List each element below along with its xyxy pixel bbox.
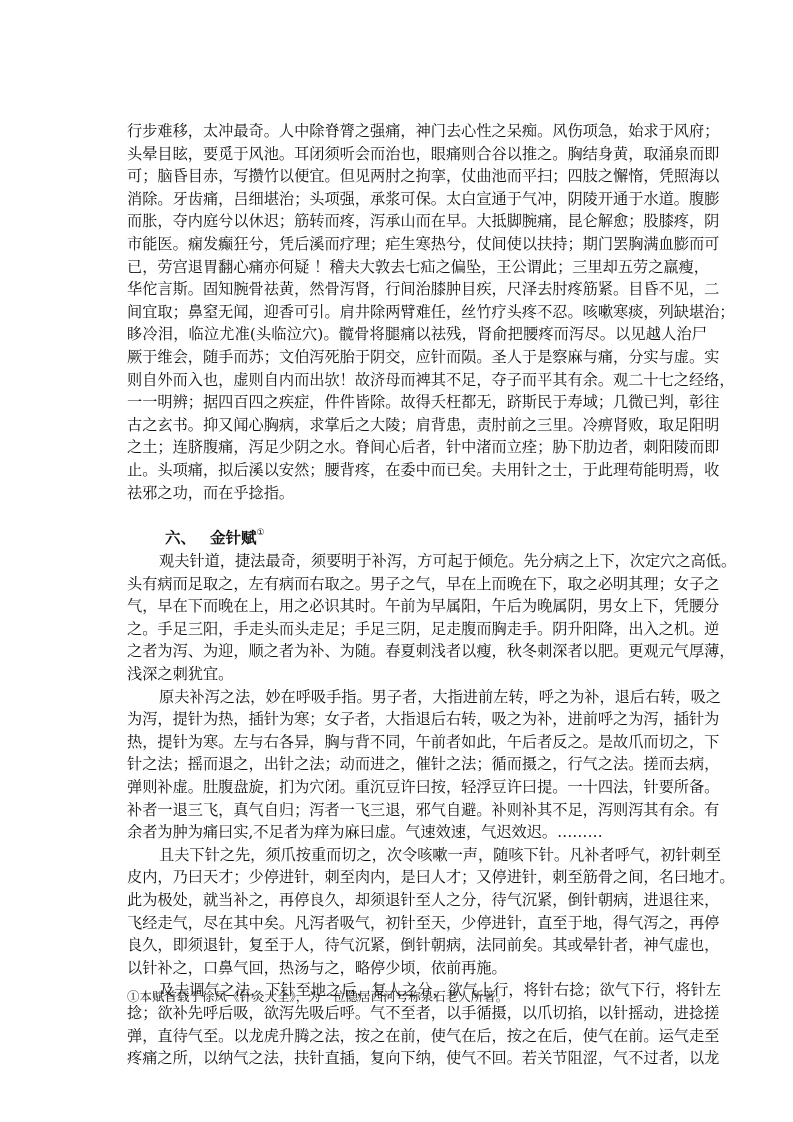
heading-title: 金针赋 (210, 529, 257, 547)
text-line: 华佗言斯。固知腕骨祛黄，然骨泻肾，行间治膝肿目疾，尺泽去肘疼筋紧。目昏不见，二 (127, 278, 707, 301)
text-line: 热，提针为寒。左与右各异，胸与背不同，午前者如此，午后者反之。是故爪而切之，下 (127, 731, 707, 754)
text-line: 眵𥌒冷泪，临泣尤准(头临泣穴)。髋骨将腿痛以祛残，肾俞把腰疼而泻尽。以见越人治尸 (127, 323, 707, 346)
text-line: 市能医。痫发癫狂兮，凭后溪而疗理；疟生寒热兮，仗间使以扶持；期门罢胸满血膨而可 (127, 233, 707, 256)
text-line: 之者为泻、为迎，顺之者为补、为随。春夏刺浅者以瘦，秋冬刺深者以肥。更观元气厚薄， (127, 640, 707, 663)
text-line: 弹，直待气至。以龙虎升腾之法，按之在前，使气在后，按之在后，使气在前。运气走至 (127, 1025, 707, 1048)
text-line: 以针补之，口鼻气回，热汤与之，略停少顷，依前再施。 (127, 957, 707, 980)
text-line: 补者一退三飞，真气自归；泻者一飞三退，邪气自避。补则补其不足，泻则泻其有余。有 (127, 799, 707, 822)
text-line: 弹则补虚。肚腹盘旋，扪为穴闭。重沉豆许曰按，轻浮豆许曰提。一十四法，针要所备。 (127, 776, 707, 799)
paragraph: 原夫补泻之法，妙在呼吸手指。男子者，大指进前左转，呼之为补，退后右转，吸之为泻，… (127, 686, 707, 844)
text-line: 一一明辨；据四百四之疾症，件件皆除。故得夭枉都无，跻斯民于寿域；几微已判，彰往 (127, 391, 707, 414)
text-line: 疼痛之所，以纳气之法，扶针直插，复向下纳，使气不回。若关节阻涩，气不过者，以龙 (127, 1047, 707, 1070)
text-line: 可；脑昏目赤，写攒竹以便宜。但见两肘之拘挛，仗曲池而平扫；四肢之懈惰，凭照海以 (127, 165, 707, 188)
text-line: 行步难移，太冲最奇。人中除脊膂之强痛，神门去心性之呆痴。风伤项急，始求于风府； (127, 120, 707, 143)
text-line: 飞经走气，尽在其中矣。凡泻者吸气，初针至天，少停进针，直至于地，得气泻之，再停 (127, 912, 707, 935)
text-line: 祛邪之功，而在乎捻指。 (127, 482, 707, 505)
text-line: 浅深之刺犹宜。 (127, 663, 707, 686)
text-line: 且夫下针之先，须爪按重而切之，次令咳嗽一声，随咳下针。凡补者呼气，初针刺至 (127, 844, 707, 867)
footnote-marker: ① (257, 528, 265, 538)
text-line: 头有病而足取之，左有病而右取之。男子之气，早在上而晚在下，取之必明其理；女子之 (127, 573, 707, 596)
text-line: 古之玄书。抑又闻心胸病，求掌后之大陵；肩背患，责肘前之三里。冷痹肾败，取足阳明 (127, 414, 707, 437)
text-line: 为泻，提针为热，插针为寒；女子者，大指退后右转，吸之为补，进前呼之为泻，插针为 (127, 708, 707, 731)
text-line: 而胀，夺内庭兮以休迟；筋转而疼，泻承山而在早。大抵脚腕痛，昆仑解愈；股膝疼，阴 (127, 210, 707, 233)
paragraph: 且夫下针之先，须爪按重而切之，次令咳嗽一声，随咳下针。凡补者呼气，初针刺至皮内，… (127, 844, 707, 980)
text-line: 之土；连脐腹痛，泻足少阴之水。脊间心后者，针中渚而立痊；胁下肋边者，刺阳陵而即 (127, 436, 707, 459)
text-line: 之。手足三阳，手走头而头走足；手足三阴，足走腹而胸走手。阴升阳降，出入之机。逆 (127, 618, 707, 641)
section-continued-text: 行步难移，太冲最奇。人中除脊膂之强痛，神门去心性之呆痴。风伤项急，始求于风府；头… (127, 120, 707, 504)
text-line: 止。头项痛，拟后溪以安然；腰背疼，在委中而已矣。夫用针之士，于此理苟能明焉，收 (127, 459, 707, 482)
text-line: 头晕目眩，要觅于风池。耳闭须听会而治也，眼痛则合谷以推之。胸结身黄，取涌泉而即 (127, 143, 707, 166)
text-line: 气，早在下而晚在上，用之必识其时。午前为早属阳，午后为晚属阴，男女上下，凭腰分 (127, 595, 707, 618)
text-line: 良久，即须退针，复至于人，待气沉紧，倒针朝病，法同前矣。其或晕针者，神气虚也， (127, 934, 707, 957)
text-line: 间宜取；鼻窒无闻，迎香可引。肩井除两臂难任，丝竹疗头疼不忍。咳嗽寒痰，列缺堪治； (127, 301, 707, 324)
heading-number: 六、 (165, 529, 196, 547)
paragraph: 观夫针道，捷法最奇，须要明于补泻，方可起于倾危。先分病之上下，次定穴之高低。头有… (127, 550, 707, 686)
text-line: 观夫针道，捷法最奇，须要明于补泻，方可起于倾危。先分病之上下，次定穴之高低。 (127, 550, 707, 573)
text-line: 厥于维会，随手而苏；文伯泻死胎于阴交，应针而陨。圣人于是察麻与痛，分实与虚。实 (127, 346, 707, 369)
document-page: 行步难移，太冲最奇。人中除脊膂之强痛，神门去心性之呆痴。风伤项急，始求于风府；头… (127, 120, 707, 1070)
text-line: 则自外而入也，虚则自内而出欤！故济母而裨其不足，夺子而平其有余。观二十七之经络， (127, 369, 707, 392)
section-gap (127, 504, 707, 526)
text-line: 此为极处，就当补之，再停良久，却须退针至人之分，待气沉紧，倒针朝病，进退往来， (127, 889, 707, 912)
text-line: 针之法；摇而退之，出针之法；动而进之，催针之法；循而摄之，行气之法。搓而去病， (127, 753, 707, 776)
text-line: 皮内，乃曰天才；少停进针，刺至肉内，是曰人才；又停进针，刺至筋骨之间，名曰地才。 (127, 866, 707, 889)
text-line: 原夫补泻之法，妙在呼吸手指。男子者，大指进前左转，呼之为补，退后右转，吸之 (127, 686, 707, 709)
text-line: 已，劳宫退胃翻心痛亦何疑 ！稽夫大敦去七疝之偏坠，王公谓此；三里却五劳之羸瘦， (127, 256, 707, 279)
text-line: 消除。牙齿痛，吕细堪治；头项强，承浆可保。太白宣通于气冲，阴陵开通于水道。腹膨 (127, 188, 707, 211)
footnote: ①本赋首载于徐凤《针灸大全》，为一位隐居西河号称泉石老人所著。 (127, 988, 508, 1006)
text-line: 余者为肿为痛曰实,不足者为痒为麻曰虚。气速效速，气迟效迟。……… (127, 821, 707, 844)
section-heading: 六、金针赋① (127, 526, 707, 550)
